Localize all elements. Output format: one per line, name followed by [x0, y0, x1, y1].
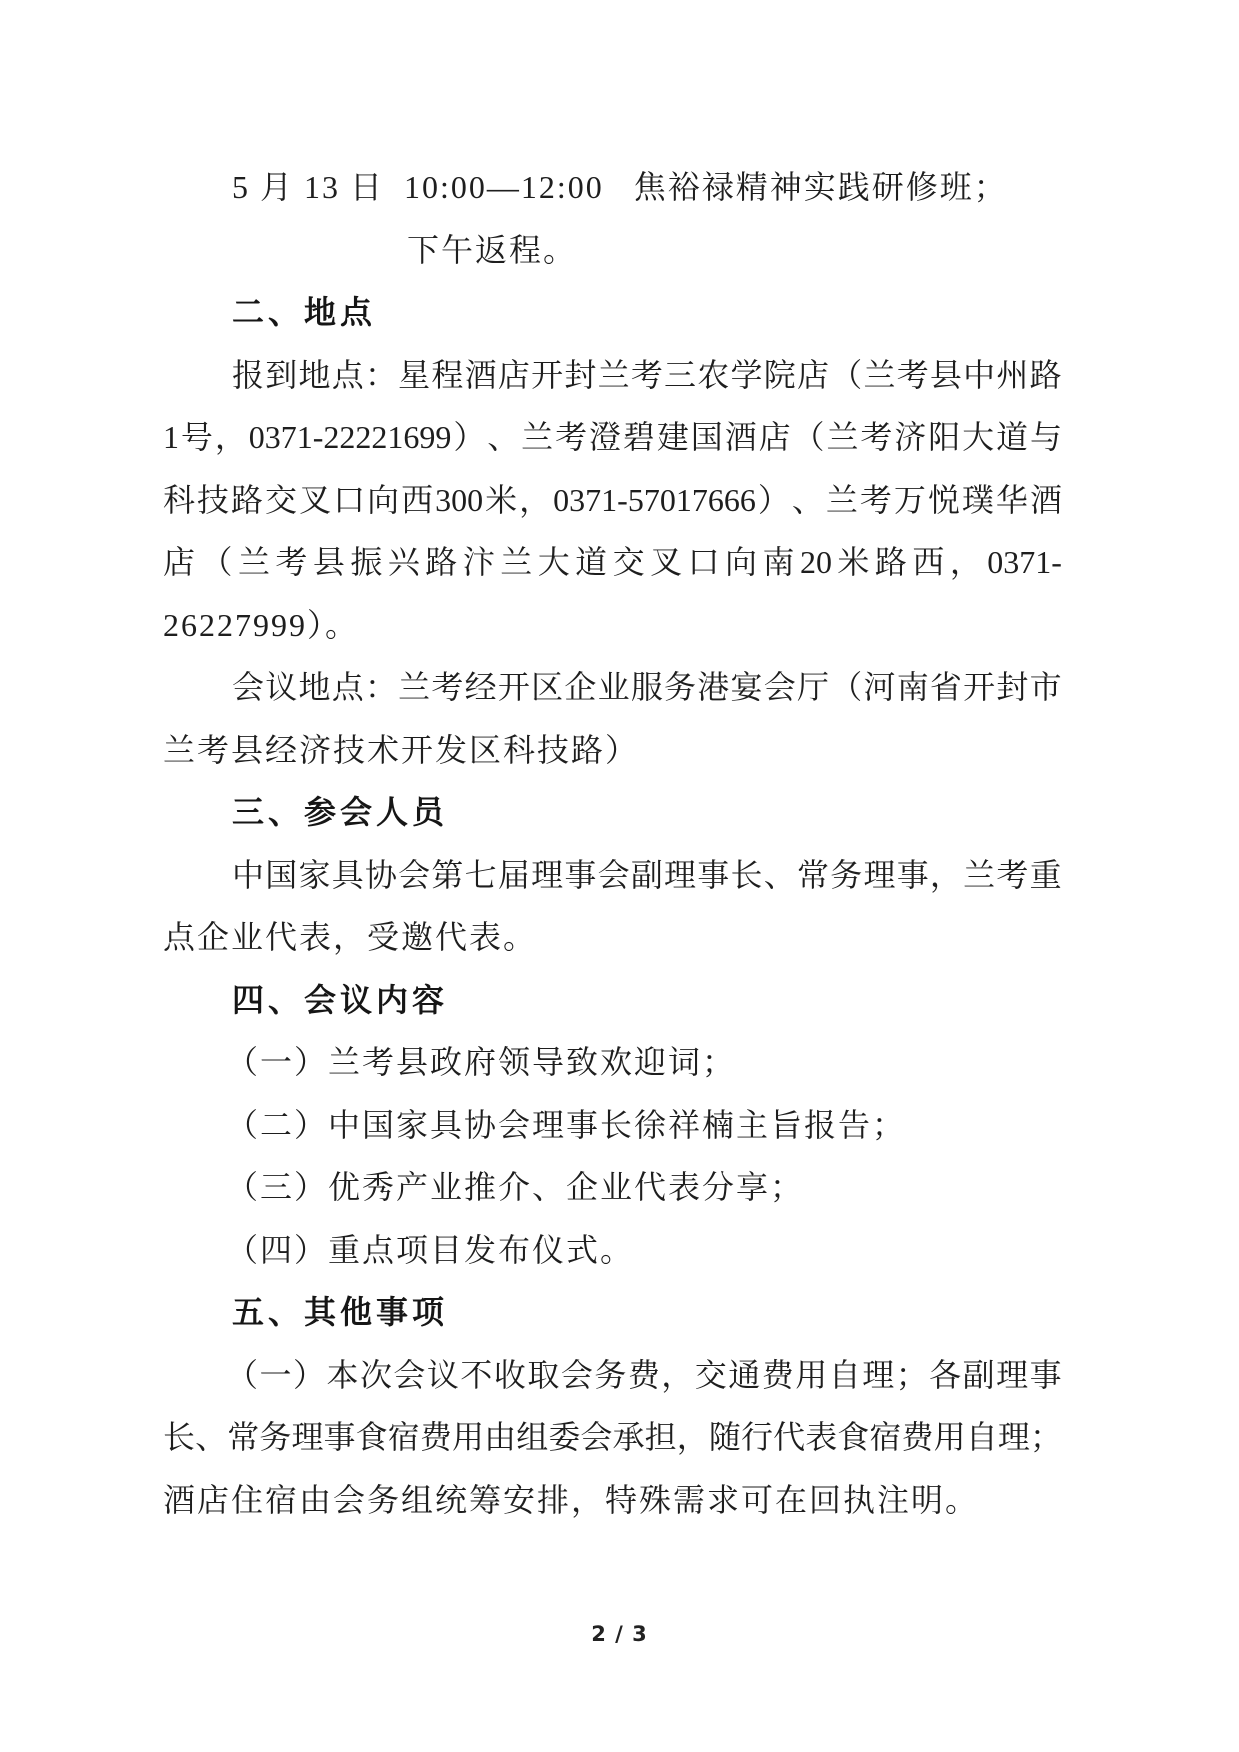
text-token: 河 — [863, 667, 895, 707]
text-token: 各 — [929, 1355, 961, 1395]
text-token: 、 — [792, 480, 824, 520]
text-token: 南 — [763, 542, 795, 582]
text-token: （ — [830, 355, 862, 395]
text-token: 科 — [163, 480, 195, 520]
text-token: 1 — [163, 417, 179, 457]
text-token: 技 — [197, 480, 229, 520]
text-token: 学 — [731, 355, 763, 395]
text-token: 叉 — [650, 542, 682, 582]
text-line: 会议地点：兰考经开区企业服务港宴会厅（河南省开封市 — [232, 667, 1062, 707]
text-line: 26227999）。 — [163, 605, 359, 645]
text-token: 大 — [538, 542, 570, 582]
text-token: 事 — [564, 855, 596, 895]
text-line: 四、会议内容 — [232, 980, 448, 1020]
text-token: 星 — [398, 355, 430, 395]
text-token: 向 — [367, 480, 399, 520]
text-token: 济 — [894, 417, 926, 457]
text-token: 自 — [966, 1417, 998, 1457]
text-token: 理 — [996, 1355, 1028, 1395]
text-token: 本 — [326, 1355, 358, 1395]
text-token: 不 — [460, 1355, 492, 1395]
text-token: 国 — [691, 417, 723, 457]
text-token: 米 — [837, 542, 869, 582]
text-token: 、 — [195, 1417, 227, 1457]
text-token: 服 — [631, 667, 663, 707]
text-token: 长 — [731, 855, 763, 895]
text-token: 农 — [697, 355, 729, 395]
text-line: 点企业代表，受邀代表。 — [163, 917, 537, 957]
text-token: 理 — [531, 855, 563, 895]
text-token: 交 — [265, 480, 297, 520]
text-token: 口 — [688, 542, 720, 582]
text-token: ， — [950, 542, 982, 582]
text-token: 兰 — [826, 417, 858, 457]
text-token: 厅 — [797, 667, 829, 707]
text-line: 五、其他事项 — [232, 1292, 448, 1332]
text-token: 担 — [645, 1417, 677, 1457]
text-token: 20 — [800, 542, 832, 582]
text-token: 经 — [465, 667, 497, 707]
text-token: 号 — [181, 417, 213, 457]
text-token: 路 — [231, 480, 263, 520]
text-line: （三）优秀产业推介、企业代表分享； — [226, 1167, 804, 1207]
text-token: ： — [365, 667, 397, 707]
text-token: （ — [793, 417, 825, 457]
text-token: 封 — [996, 667, 1028, 707]
text-line: 5 月 13 日 10:00—12:00 焦裕禄精神实践研修班； — [232, 167, 1008, 207]
text-token: 业 — [598, 667, 630, 707]
text-token: 封 — [564, 355, 596, 395]
text-token: 家 — [298, 855, 330, 895]
text-token: 考 — [897, 355, 929, 395]
text-token: 组 — [516, 1417, 548, 1457]
text-token: 、 — [764, 855, 796, 895]
text-token: 会 — [232, 667, 264, 707]
text-line: 报到地点：星程酒店开封兰考三农学院店（兰考县中州路 — [232, 355, 1062, 395]
text-token: 州 — [996, 355, 1028, 395]
text-token: 次 — [360, 1355, 392, 1395]
text-token: 点 — [332, 667, 364, 707]
text-token: 随 — [709, 1417, 741, 1457]
text-token: 表 — [805, 1417, 837, 1457]
text-token: 行 — [741, 1417, 773, 1457]
text-token: 南 — [897, 667, 929, 707]
text-token: 汴 — [463, 542, 495, 582]
text-token: 长 — [163, 1417, 195, 1457]
text-token: 宿 — [869, 1417, 901, 1457]
text-token: ， — [677, 1417, 709, 1457]
text-line: 长、常务理事食宿费用由组委会承担，随行代表食宿费用自理； — [163, 1417, 1062, 1457]
text-token: 路 — [425, 542, 457, 582]
text-token: 收 — [494, 1355, 526, 1395]
text-token: 费 — [902, 1417, 934, 1457]
text-token: 费 — [762, 1355, 794, 1395]
text-token: ， — [519, 480, 551, 520]
text-token: 考 — [860, 417, 892, 457]
text-token: ） — [758, 480, 790, 520]
text-token: 食 — [837, 1417, 869, 1457]
text-token: 兰 — [863, 355, 895, 395]
text-line: 科技路交叉口向西300米，0371-57017666）、兰考万悦璞华酒 — [163, 480, 1062, 520]
text-token: ） — [453, 417, 485, 457]
text-token: 0371- — [987, 542, 1062, 582]
text-token: （ — [830, 667, 862, 707]
text-token: 务 — [594, 1355, 626, 1395]
text-token: 港 — [697, 667, 729, 707]
text-token: 悦 — [928, 480, 960, 520]
text-token: 店 — [759, 417, 791, 457]
text-token: 理 — [998, 1417, 1030, 1457]
text-token: 兴 — [388, 542, 420, 582]
text-token: 届 — [498, 855, 530, 895]
text-line: 兰考县经济技术开发区科技路） — [163, 730, 639, 770]
text-token: 考 — [275, 542, 307, 582]
text-token: ， — [215, 417, 247, 457]
text-token: 地 — [298, 667, 330, 707]
text-line: 下午返程。 — [407, 230, 577, 270]
text-token: 路 — [875, 542, 907, 582]
text-token: 议 — [265, 667, 297, 707]
page-number: 2 / 3 — [0, 1622, 1239, 1646]
text-token: 酒 — [465, 355, 497, 395]
text-token: 费 — [420, 1417, 452, 1457]
text-token: 开 — [531, 355, 563, 395]
text-token: 道 — [575, 542, 607, 582]
text-token: 务 — [259, 1417, 291, 1457]
text-token: 300 — [435, 480, 483, 520]
text-token: 道 — [996, 417, 1028, 457]
text-token: 兰 — [826, 480, 858, 520]
text-token: 路 — [1030, 355, 1062, 395]
text-token: 理 — [291, 1417, 323, 1457]
text-token: 万 — [894, 480, 926, 520]
text-token: 七 — [465, 855, 497, 895]
text-token: 市 — [1030, 667, 1062, 707]
text-token: 兰 — [598, 355, 630, 395]
text-token: 费 — [628, 1355, 660, 1395]
text-token: 兰 — [521, 417, 553, 457]
text-token: 华 — [996, 480, 1028, 520]
text-token: 叉 — [299, 480, 331, 520]
text-token: 中 — [232, 855, 264, 895]
text-token: 向 — [725, 542, 757, 582]
text-token: 0371-57017666 — [553, 480, 756, 520]
text-token: 会 — [393, 1355, 425, 1395]
text-token: 务 — [830, 855, 862, 895]
text-line: （一）本次会议不收取会务费，交通费用自理；各副理事 — [226, 1355, 1062, 1395]
text-token: 口 — [333, 480, 365, 520]
text-token: 食 — [356, 1417, 388, 1457]
text-token: 酒 — [1030, 480, 1062, 520]
text-token: 重 — [1030, 855, 1062, 895]
text-token: 西 — [401, 480, 433, 520]
text-token: 0371-22221699 — [249, 417, 452, 457]
text-token: 点 — [332, 355, 364, 395]
text-token: 会 — [561, 1355, 593, 1395]
text-token: 碧 — [623, 417, 655, 457]
text-token: 副 — [631, 855, 663, 895]
text-token: 取 — [527, 1355, 559, 1395]
text-token: 宴 — [731, 667, 763, 707]
text-token: 县 — [930, 355, 962, 395]
text-token: 与 — [1030, 417, 1062, 457]
text-line: 中国家具协会第七届理事会副理事长、常务理事，兰考重 — [232, 855, 1062, 895]
text-token: 宿 — [388, 1417, 420, 1457]
text-token: 事 — [1030, 1355, 1062, 1395]
text-line: 二、地点 — [232, 292, 376, 332]
text-token: （ — [200, 542, 232, 582]
text-token: 常 — [227, 1417, 259, 1457]
text-token: 三 — [664, 355, 696, 395]
text-token: 事 — [324, 1417, 356, 1457]
text-token: 由 — [484, 1417, 516, 1457]
text-token: ； — [896, 1355, 928, 1395]
text-token: 理 — [863, 855, 895, 895]
text-token: 用 — [934, 1417, 966, 1457]
text-token: 开 — [963, 667, 995, 707]
text-token: ， — [661, 1355, 693, 1395]
text-token: ， — [930, 855, 962, 895]
text-token: 协 — [365, 855, 397, 895]
text-token: 考 — [860, 480, 892, 520]
document-page: 2 / 3 5 月 13 日 10:00—12:00 焦裕禄精神实践研修班；下午… — [0, 0, 1239, 1752]
text-token: 区 — [531, 667, 563, 707]
text-token: 考 — [431, 667, 463, 707]
text-token: ： — [365, 355, 397, 395]
text-token: 店 — [797, 355, 829, 395]
text-token: 振 — [350, 542, 382, 582]
text-token: 米 — [485, 480, 517, 520]
text-token: 自 — [829, 1355, 861, 1395]
text-token: 副 — [963, 1355, 995, 1395]
text-token: 用 — [795, 1355, 827, 1395]
text-token: 中 — [963, 355, 995, 395]
text-token: 一 — [259, 1355, 291, 1395]
text-token: 考 — [996, 855, 1028, 895]
text-token: 用 — [452, 1417, 484, 1457]
text-token: 到 — [265, 355, 297, 395]
text-token: 交 — [695, 1355, 727, 1395]
text-token: 院 — [764, 355, 796, 395]
text-token: 开 — [498, 667, 530, 707]
text-token: 大 — [962, 417, 994, 457]
text-token: 第 — [431, 855, 463, 895]
text-token: 国 — [265, 855, 297, 895]
text-token: 兰 — [238, 542, 270, 582]
text-token: 建 — [657, 417, 689, 457]
text-token: 委 — [548, 1417, 580, 1457]
text-token: 兰 — [963, 855, 995, 895]
text-token: ； — [1030, 1417, 1062, 1457]
text-token: 县 — [313, 542, 345, 582]
text-token: （ — [226, 1355, 258, 1395]
text-token: 璞 — [962, 480, 994, 520]
text-token: 考 — [555, 417, 587, 457]
text-line: 店（兰考县振兴路汴兰大道交叉口向南20米路西，0371- — [163, 542, 1062, 582]
text-token: 承 — [613, 1417, 645, 1457]
text-token: 兰 — [398, 667, 430, 707]
text-token: ） — [293, 1355, 325, 1395]
text-token: 代 — [773, 1417, 805, 1457]
text-token: 议 — [427, 1355, 459, 1395]
text-token: 务 — [664, 667, 696, 707]
text-token: 会 — [764, 667, 796, 707]
text-token: 店 — [498, 355, 530, 395]
text-token: 会 — [398, 855, 430, 895]
text-token: 考 — [631, 355, 663, 395]
text-token: 通 — [728, 1355, 760, 1395]
text-line: （四）重点项目发布仪式。 — [226, 1230, 634, 1270]
text-token: 交 — [613, 542, 645, 582]
text-line: （一）兰考县政府领导致欢迎词； — [226, 1042, 736, 1082]
text-token: 会 — [580, 1417, 612, 1457]
text-line: 酒店住宿由会务组统筹安排，特殊需求可在回执注明。 — [163, 1480, 979, 1520]
text-token: 企 — [564, 667, 596, 707]
text-token: 事 — [897, 855, 929, 895]
text-line: 三、参会人员 — [232, 792, 448, 832]
text-token: 程 — [431, 355, 463, 395]
text-token: 具 — [332, 855, 364, 895]
text-token: 报 — [232, 355, 264, 395]
text-token: 事 — [697, 855, 729, 895]
text-token: 阳 — [928, 417, 960, 457]
text-token: 、 — [487, 417, 519, 457]
text-token: 理 — [664, 855, 696, 895]
text-token: 常 — [797, 855, 829, 895]
text-token: 西 — [912, 542, 944, 582]
text-token: 理 — [862, 1355, 894, 1395]
text-token: 店 — [163, 542, 195, 582]
text-token: 酒 — [725, 417, 757, 457]
text-token: 兰 — [500, 542, 532, 582]
text-token: 会 — [598, 855, 630, 895]
text-line: 1号，0371-22221699）、兰考澄碧建国酒店（兰考济阳大道与 — [163, 417, 1062, 457]
text-token: 地 — [298, 355, 330, 395]
text-line: （二）中国家具协会理事长徐祥楠主旨报告； — [226, 1105, 906, 1145]
text-token: 澄 — [589, 417, 621, 457]
text-token: 省 — [930, 667, 962, 707]
